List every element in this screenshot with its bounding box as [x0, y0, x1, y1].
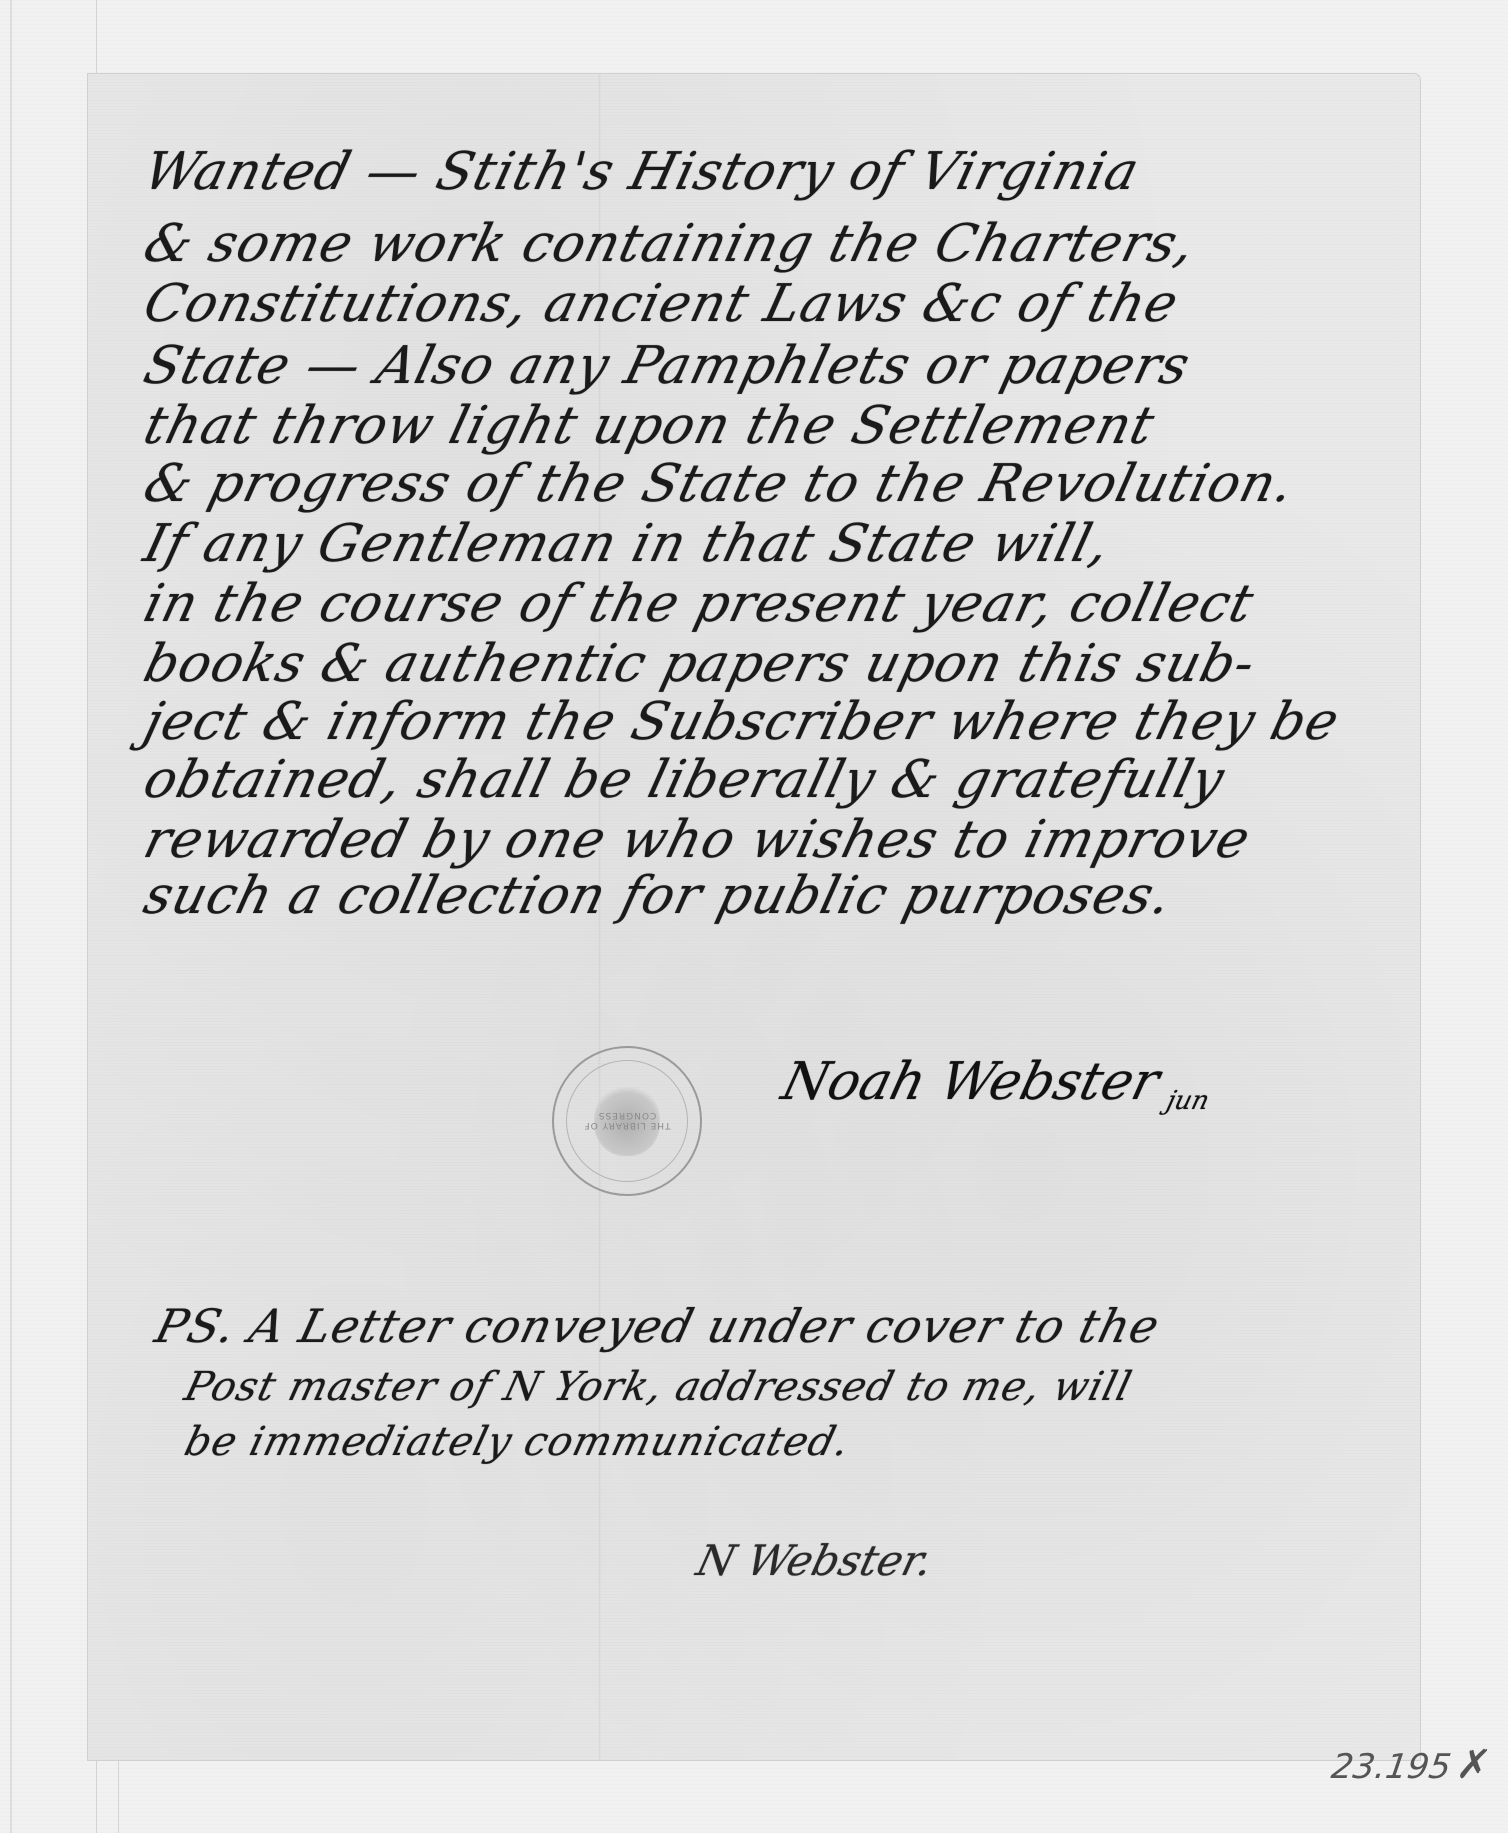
manuscript-line-2: & some work containing the Charters,	[138, 214, 1202, 274]
manuscript-page: Wanted — Stith's History of Virginia & s…	[88, 74, 1420, 1760]
manuscript-line-12: rewarded by one who wishes to improve	[138, 810, 1257, 870]
signature-noah-webster: Noah Websterjun	[775, 1052, 1221, 1116]
signature-name: Noah Webster	[776, 1052, 1165, 1112]
manuscript-line-3: Constitutions, ancient Laws &c of the	[138, 274, 1185, 334]
catalog-number-text: 23.195	[1329, 1747, 1454, 1787]
catalog-number: 23.195✗	[1329, 1742, 1494, 1788]
manuscript-line-1: Wanted — Stith's History of Virginia	[138, 142, 1145, 202]
scan-frame-line	[118, 1760, 119, 1833]
manuscript-line-6: & progress of the State to the Revolutio…	[138, 454, 1301, 514]
postscript-signature: N Webster.	[692, 1536, 938, 1585]
stamp-text: THE LIBRARY OF CONGRESS	[554, 1110, 700, 1130]
manuscript-line-13: such a collection for public purposes.	[138, 866, 1178, 926]
postscript-line-3: be immediately communicated.	[180, 1419, 855, 1465]
manuscript-line-8: in the course of the present year, colle…	[138, 574, 1260, 634]
library-of-congress-stamp: THE LIBRARY OF CONGRESS	[552, 1046, 702, 1196]
manuscript-line-11: obtained, shall be liberally & gratefull…	[138, 750, 1231, 810]
scan-frame-line	[10, 0, 12, 1833]
manuscript-line-10: ject & inform the Subscriber where they …	[138, 692, 1345, 752]
manuscript-line-4: State — Also any Pamphlets or papers	[138, 336, 1196, 396]
manuscript-line-7: If any Gentleman in that State will,	[138, 514, 1116, 574]
catalog-check-mark-icon: ✗	[1454, 1742, 1494, 1788]
signature-suffix: jun	[1163, 1086, 1212, 1116]
postscript-line-1: PS. A Letter conveyed under cover to the	[150, 1299, 1165, 1353]
manuscript-line-5: that throw light upon the Settlement	[138, 396, 1161, 456]
manuscript-line-9: books & authentic papers upon this sub-	[138, 634, 1262, 694]
postscript-line-2: Post master of N York, addressed to me, …	[180, 1364, 1137, 1410]
